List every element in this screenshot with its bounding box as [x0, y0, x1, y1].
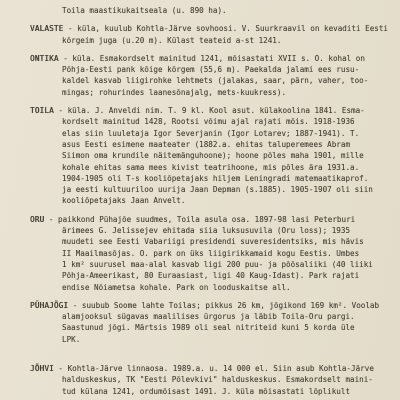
term-separator: - [59, 54, 73, 63]
entry-head-line: VALASTE - küla, kuulub Kohtla-Järve sovh… [30, 23, 396, 34]
entry-text-line: kaldel kasvab liigirohke lehtmets (jalak… [30, 75, 396, 86]
entry-head-line: JÕHVI - Kohtla-Järve linnaosa. 1989.a. u… [30, 363, 396, 374]
entry-text-line: Põhja-Eesti pank kõige kõrgem (55,6 m). … [30, 64, 396, 75]
entry-text: küla. Esmakordselt mainitud 1241, mõisas… [72, 54, 365, 63]
entry-text-line: muudeti see Eesti Vabariigi presidendi s… [30, 236, 396, 247]
entry-text: suubub Soome lahte Toilas; pikkus 26 km,… [82, 301, 379, 310]
entry-text-line: Siimon oma krundile näitemänguhoone); ho… [30, 150, 396, 161]
entry-continuation-line: Toila maastikukaitseala (u. 890 ha). [30, 5, 396, 16]
entry-text: küla. J. Anveldi nim. T. 9 kl. Kool asut… [68, 106, 365, 115]
entry-text-line: 1904-1905 oli T-s kooliõpetajaks hiljem … [30, 173, 396, 184]
typewritten-page: Toila maastikukaitseala (u. 890 ha). VAL… [0, 0, 400, 400]
entry-text: Kohtla-Järve linnaosa. 1989.a. u. 14 000… [68, 364, 374, 373]
entry-head-line: ORU - paikkond Pühajõe suudmes, Toila as… [30, 214, 396, 225]
document-body: VALASTE - küla, kuulub Kohtla-Järve sovh… [30, 23, 396, 397]
entry-text-line: mingas; rohurindes laanesõnajalg, mets-k… [30, 87, 396, 98]
entry-text: paikkond Pühajõe suudmes, Toila asula os… [58, 215, 355, 224]
entry-text-line: ärimees G. Jelissejev ehitada siia luksu… [30, 225, 396, 236]
entry-text-line: ja eesti kultuuriloo uurija Jaan Depman … [30, 184, 396, 195]
entry-term: JÕHVI [30, 364, 54, 373]
term-separator: - [44, 215, 58, 224]
entry-text-line: LPK. [30, 334, 396, 345]
entry-text-line: II Maailmasõjas. O. park on üks liigirik… [30, 248, 396, 259]
term-separator: - [68, 301, 82, 310]
entry-text-line: halduskeskus, TK "Eesti Põlevkivi" haldu… [30, 374, 396, 385]
entry-term: TOILA [30, 106, 54, 115]
entry-text-line: Saastunud jõgi. Märtsis 1989 oli seal ni… [30, 322, 396, 333]
entry-head-line: PÜHAJÕGI - suubub Soome lahte Toilas; pi… [30, 300, 396, 311]
entry-oru: ORU - paikkond Pühajõe suudmes, Toila as… [30, 214, 396, 293]
entry-term: PÜHAJÕGI [30, 301, 68, 310]
entry-text-line: Põhja-Ameerikast, 80 Euraasiast, ligi 40… [30, 270, 396, 281]
entry-head-line: ONTIKA - küla. Esmakordselt mainitud 124… [30, 53, 396, 64]
entry-text-line: asus Eesti esimene maateater (1882.a. eh… [30, 139, 396, 150]
entry-text-line: kooliõpetajaks Jaan Anvelt. [30, 195, 396, 206]
entry-term: VALASTE [30, 24, 63, 33]
term-separator: - [54, 364, 68, 373]
entry-text-line: kõrgeim juga (u.20 m). Külast teateid a-… [30, 35, 396, 46]
entry-text-line: elas siin luuletaja Igor Severjanin (Igo… [30, 128, 396, 139]
term-separator: - [63, 24, 77, 33]
entry-ontika: ONTIKA - küla. Esmakordselt mainitud 124… [30, 53, 396, 98]
entry-text-line: 1 km² suurusel maa-alal kasvab ligi 200 … [30, 259, 396, 270]
entry-valaste: VALASTE - küla, kuulub Kohtla-Järve sovh… [30, 23, 396, 46]
entry-text-line: tud külana 1241, ordumõisast 1491. J. kü… [30, 386, 396, 397]
entry-term: ORU [30, 215, 44, 224]
entry-head-line: TOILA - küla. J. Anveldi nim. T. 9 kl. K… [30, 105, 396, 116]
entry-text-line: kohale ehitas sama mees kivist teatrihoo… [30, 162, 396, 173]
entry-term: ONTIKA [30, 54, 59, 63]
entry-pyhajogi: PÜHAJÕGI - suubub Soome lahte Toilas; pi… [30, 300, 396, 345]
entry-text-line: kordselt mainitud 1428, Rootsi võimu aja… [30, 116, 396, 127]
entry-text: küla, kuulub Kohtla-Järve sovhoosi. V. S… [77, 24, 388, 33]
entry-text-line: alamjooksul sügavas maalilises ürgorus j… [30, 311, 396, 322]
term-separator: - [54, 106, 68, 115]
entry-toila: TOILA - küla. J. Anveldi nim. T. 9 kl. K… [30, 105, 396, 207]
entry-johvi: JÕHVI - Kohtla-Järve linnaosa. 1989.a. u… [30, 363, 396, 397]
entry-text-line: endise Nõiametsa kohale. Park on loodusk… [30, 282, 396, 293]
